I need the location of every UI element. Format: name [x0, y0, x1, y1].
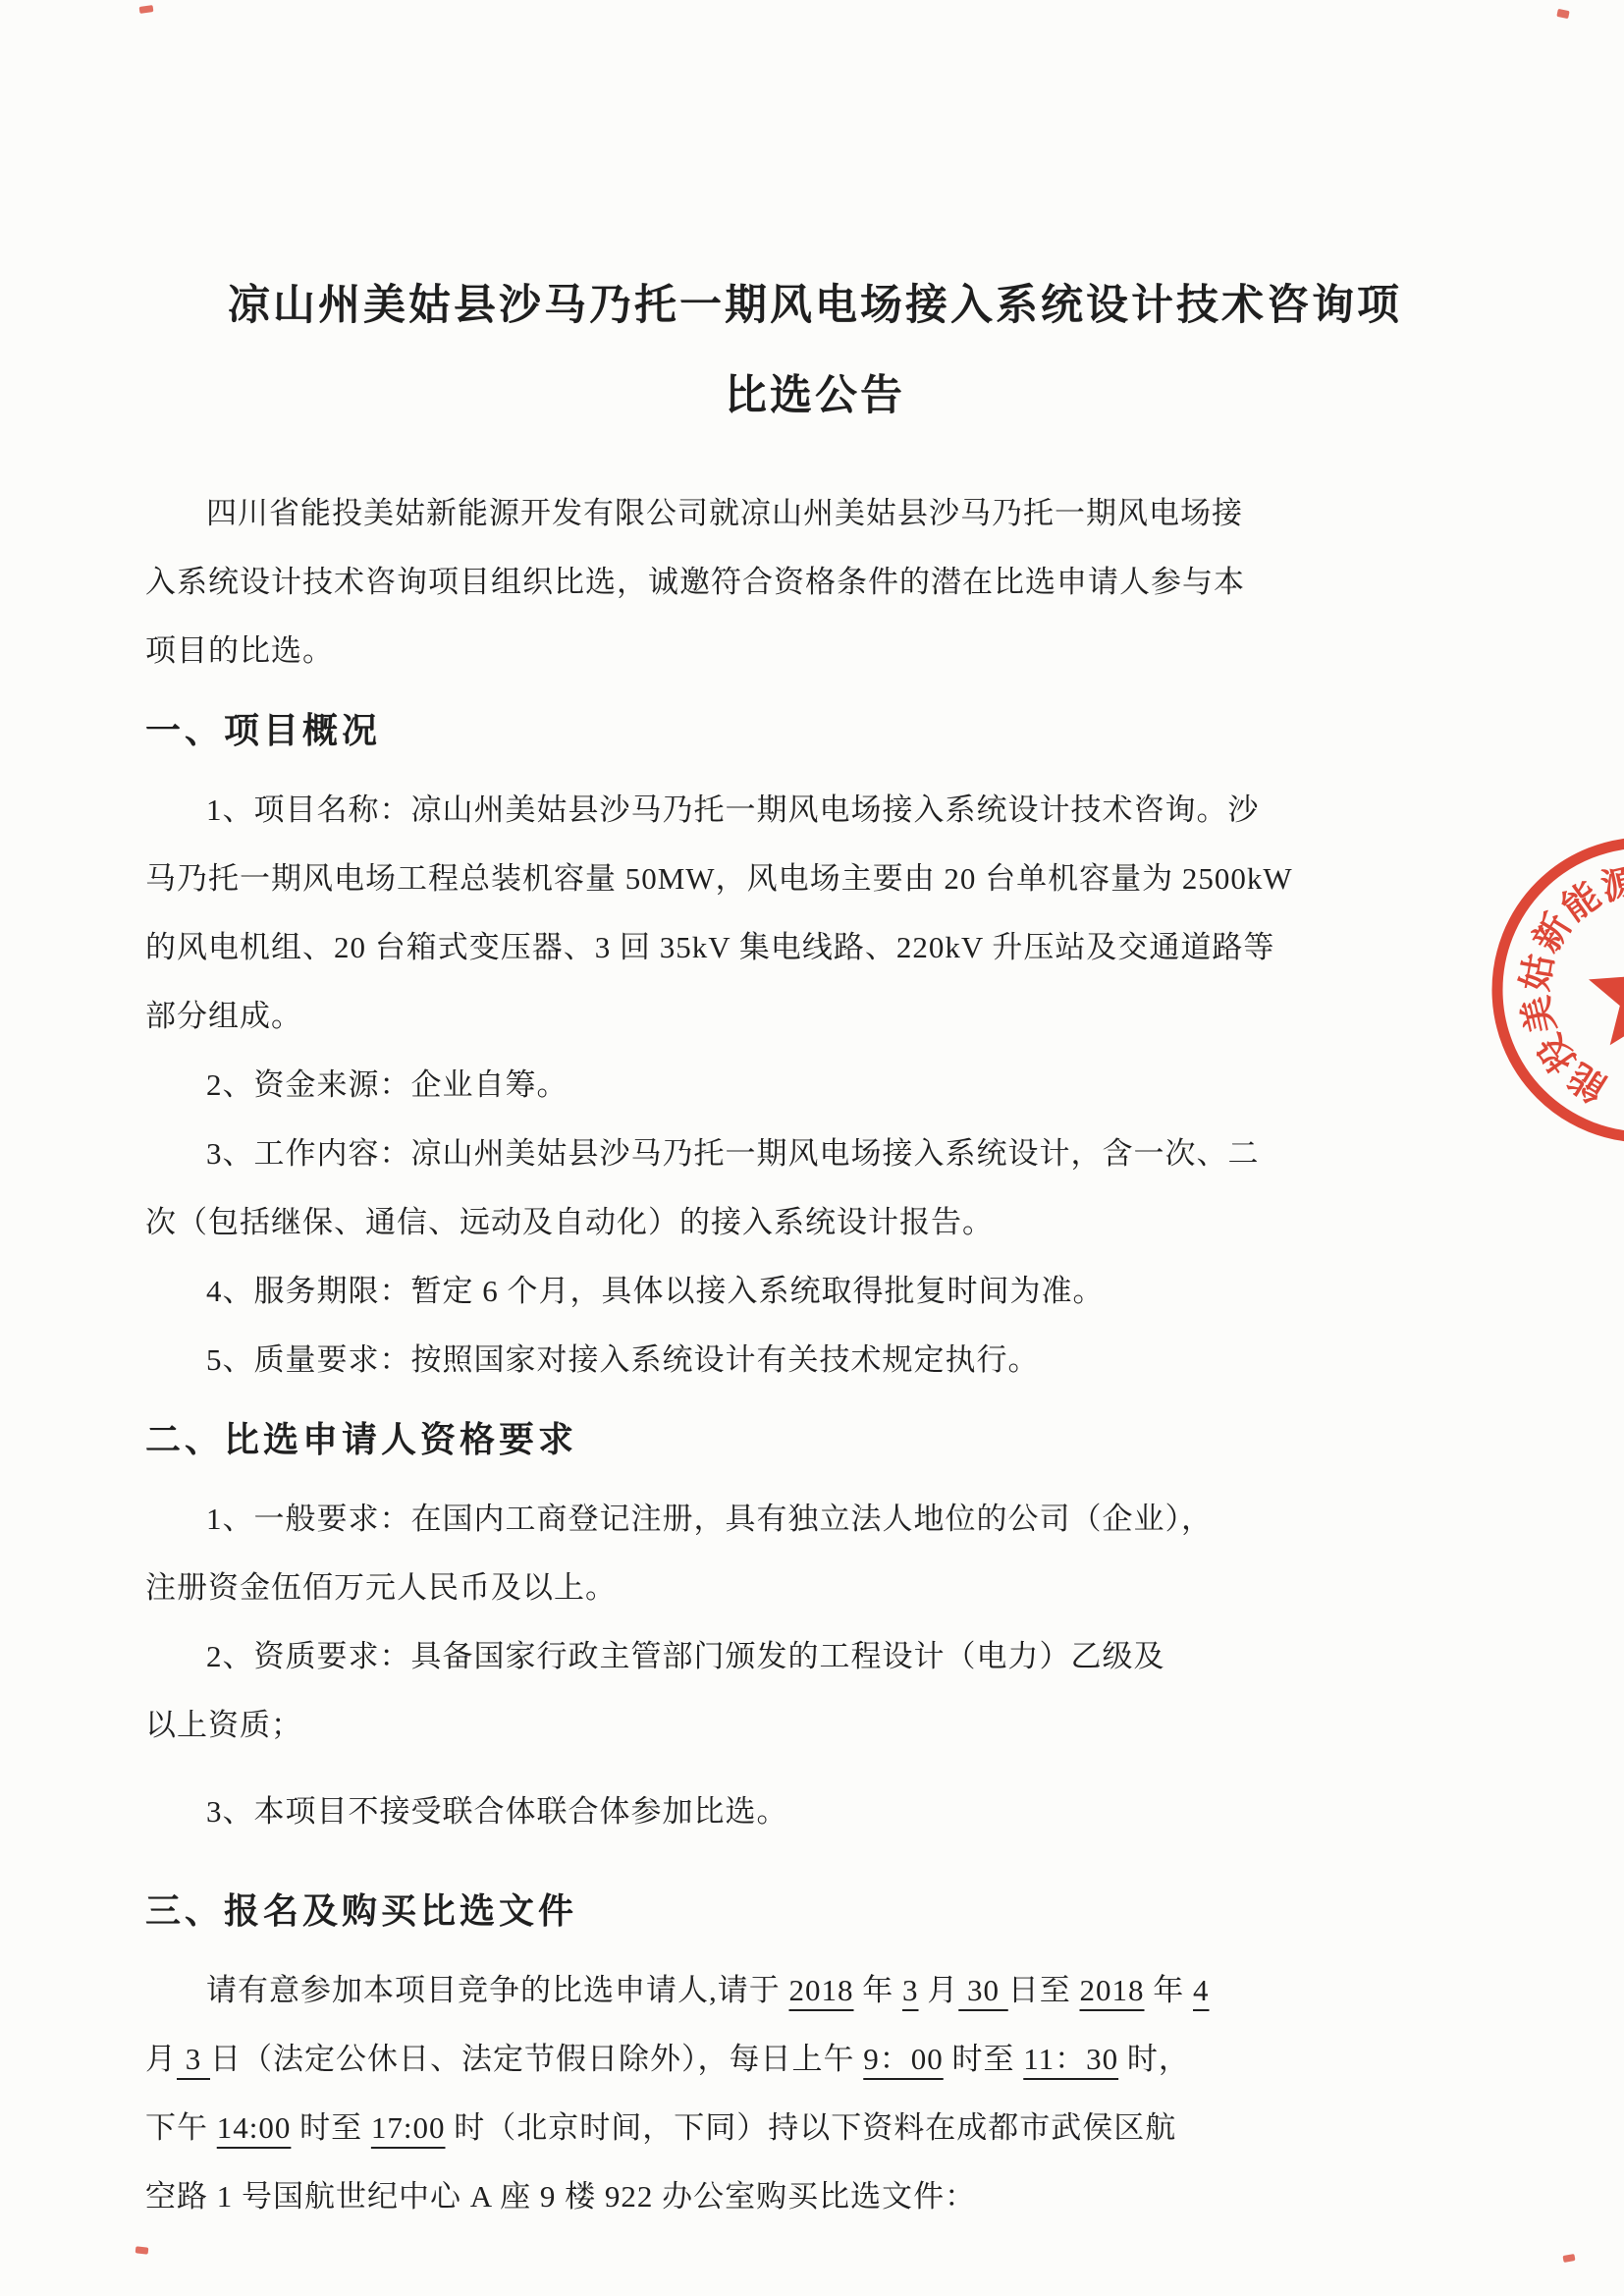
section1-heading: 一、项目概况: [145, 691, 1485, 770]
svg-text:美: 美: [1515, 992, 1563, 1037]
text-run: 月: [919, 1973, 959, 2007]
section1-item1-line: 1、项目名称：凉山州美姑县沙马乃托一期风电场接入系统设计技术咨询。沙: [145, 776, 1485, 845]
underlined-value: 9：00: [863, 2042, 944, 2076]
corner-mark: [1562, 2254, 1575, 2263]
underlined-value: 2018: [789, 1973, 854, 2007]
text-run: 日（法定公休日、法定节假日除外），每日上午: [210, 2042, 863, 2076]
text-run: 空路 1 号国航世纪中心 A 座 9 楼 922 办公室购买比选文件：: [145, 2179, 976, 2214]
corner-mark: [1556, 9, 1569, 19]
section3-para-line: 空路 1 号国航世纪中心 A 座 9 楼 922 办公室购买比选文件：: [145, 2162, 1485, 2231]
section2-item2-line: 2、资质要求：具备国家行政主管部门颁发的工程设计（电力）乙级及: [145, 1622, 1485, 1691]
underlined-value: 11：30: [1023, 2042, 1118, 2076]
text-run: 月: [145, 2042, 177, 2076]
text-run: 时至: [291, 2110, 371, 2145]
seal-star-icon: [1589, 939, 1624, 1045]
title-line-1: 凉山州美姑县沙马乃托一期风电场接入系统设计技术咨询项: [145, 261, 1485, 352]
intro-line: 四川省能投美姑新能源开发有限公司就凉山州美姑县沙马乃托一期风电场接: [145, 479, 1485, 548]
section1-item5: 5、质量要求：按照国家对接入系统设计有关技术规定执行。: [145, 1326, 1485, 1394]
underlined-value: 3: [177, 2042, 210, 2076]
corner-mark: [139, 5, 154, 14]
section3-para-line: 月 3 日（法定公休日、法定节假日除外），每日上午 9：00 时至 11：30 …: [145, 2025, 1485, 2094]
seal-group: 能投美姑新能源: [1497, 843, 1624, 1137]
text-run: 下午: [145, 2110, 217, 2145]
text-run: 请有意参加本项目竞争的比选申请人,请于: [206, 1973, 789, 2007]
section1-item1-line: 的风电机组、20 台箱式变压器、3 回 35kV 集电线路、220kV 升压站及…: [145, 913, 1485, 982]
svg-text:姑: 姑: [1515, 951, 1562, 994]
section3-para-line: 请有意参加本项目竞争的比选申请人,请于 2018 年 3 月 30 日至 201…: [145, 1956, 1485, 2025]
section3-para-line: 下午 14:00 时至 17:00 时（北京时间，下同）持以下资料在成都市武侯区…: [145, 2094, 1485, 2162]
underlined-value: 30: [958, 1973, 1008, 2007]
section1-item3-line: 3、工作内容：凉山州美姑县沙马乃托一期风电场接入系统设计，含一次、二: [145, 1120, 1485, 1188]
title-line-2: 比选公告: [145, 352, 1485, 442]
text-run: 年: [1145, 1973, 1194, 2007]
document-title: 凉山州美姑县沙马乃托一期风电场接入系统设计技术咨询项 比选公告: [145, 261, 1485, 442]
intro-line: 入系统设计技术咨询项目组织比选，诚邀符合资格条件的潜在比选申请人参与本: [145, 548, 1485, 617]
text-run: 时（北京时间，下同）持以下资料在成都市武侯区航: [446, 2110, 1177, 2145]
text-run: 时，: [1118, 2042, 1190, 2076]
underlined-value: 14:00: [217, 2110, 292, 2145]
section2-item3: 3、本项目不接受联合体联合体参加比选。: [145, 1777, 1485, 1846]
section2-item2-line: 以上资质；: [145, 1691, 1485, 1760]
section2-item1-line: 1、一般要求：在国内工商登记注册，具有独立法人地位的公司（企业），: [145, 1485, 1485, 1554]
section2-heading: 二、比选申请人资格要求: [145, 1400, 1485, 1479]
corner-mark: [135, 2246, 149, 2254]
section3-heading: 三、报名及购买比选文件: [145, 1872, 1485, 1950]
scanned-announcement-page: 凉山州美姑县沙马乃托一期风电场接入系统设计技术咨询项 比选公告 四川省能投美姑新…: [0, 0, 1624, 2296]
underlined-value: 4: [1193, 1973, 1210, 2007]
company-seal-stamp: 能投美姑新能源: [1478, 823, 1624, 1157]
section1-item3-line: 次（包括继保、通信、远动及自动化）的接入系统设计报告。: [145, 1188, 1485, 1257]
intro-line: 项目的比选。: [145, 617, 1485, 685]
section2-item1-line: 注册资金伍佰万元人民币及以上。: [145, 1554, 1485, 1622]
text-run: 时至: [944, 2042, 1024, 2076]
section1-item4: 4、服务期限：暂定 6 个月，具体以接入系统取得批复时间为准。: [145, 1257, 1485, 1326]
underlined-value: 17:00: [371, 2110, 446, 2145]
underlined-value: 3: [902, 1973, 919, 2007]
section1-item2: 2、资金来源：企业自筹。: [145, 1051, 1485, 1120]
section1-item1-line: 部分组成。: [145, 982, 1485, 1051]
underlined-value: 2018: [1080, 1973, 1145, 2007]
text-run: 日至: [1008, 1973, 1080, 2007]
text-run: 年: [854, 1973, 903, 2007]
section1-item1-line: 马乃托一期风电场工程总装机容量 50MW，风电场主要由 20 台单机容量为 25…: [145, 845, 1485, 913]
